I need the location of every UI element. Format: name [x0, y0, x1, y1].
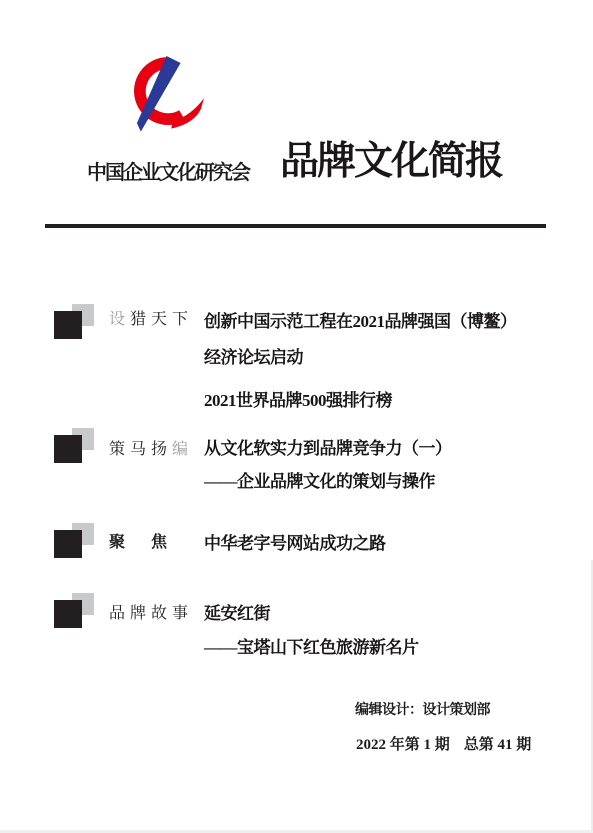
footer-editor-line: 编辑设计：设计策划部	[355, 699, 490, 719]
header-rule	[45, 224, 546, 228]
headline-subtitle: ——企业品牌文化的策划与操作	[204, 471, 435, 492]
headline-continued: 经济论坛启动	[204, 347, 303, 368]
label-chars: 品牌故事	[109, 605, 193, 622]
bullet-black-square	[54, 435, 82, 463]
section-bullet	[54, 304, 98, 340]
section-label-brand-story: 品牌故事	[109, 604, 193, 624]
org-name: 中国企业文化研究会	[87, 156, 249, 185]
label-chars: 策马扬	[109, 441, 172, 458]
footer-issue-line: 2022 年第 1 期总第 41 期	[356, 733, 531, 754]
label-char-muted: 设	[109, 311, 130, 328]
issue-total: 总第 41 期	[464, 737, 532, 753]
headline: 延安红街	[204, 603, 270, 624]
label-chars: 聚 焦	[109, 534, 172, 551]
newsletter-cover-page: 中国企业文化研究会 品牌文化简报 设猎天下 创新中国示范工程在2021品牌强国（…	[0, 0, 593, 833]
org-logo-icon	[126, 56, 204, 134]
label-char-muted: 编	[172, 441, 193, 458]
section-bullet	[54, 428, 98, 464]
bullet-black-square	[54, 600, 82, 628]
issue-number: 2022 年第 1 期	[356, 737, 450, 753]
label-chars: 猎天下	[130, 311, 193, 328]
section-label-browse-the-world: 设猎天下	[109, 310, 193, 330]
section-bullet	[54, 593, 98, 629]
headline: 从文化软实力到品牌竞争力（一）	[204, 438, 452, 459]
bullet-black-square	[54, 311, 82, 339]
headline: 中华老字号网站成功之路	[204, 533, 386, 554]
bullet-black-square	[54, 530, 82, 558]
section-label-editors-column: 策马扬编	[109, 440, 193, 460]
section-bullet	[54, 523, 98, 559]
section-label-focus: 聚 焦	[109, 533, 172, 553]
masthead-title: 品牌文化简报	[280, 142, 502, 181]
headline-subtitle: ——宝塔山下红色旅游新名片	[204, 637, 419, 658]
headline: 2021世界品牌500强排行榜	[204, 390, 392, 411]
headline: 创新中国示范工程在2021品牌强国（博鳌）	[204, 311, 517, 332]
